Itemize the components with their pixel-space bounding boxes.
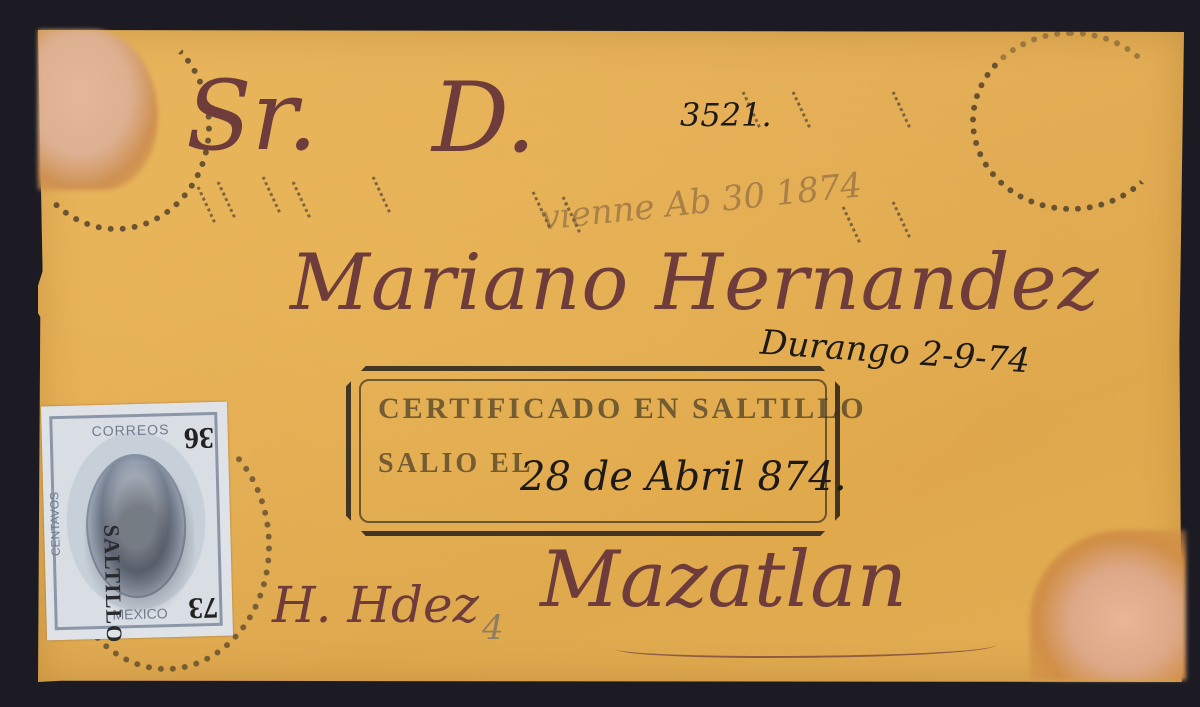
handstamp-date: 28 de Abril 874. (520, 454, 847, 500)
salutation-don: D. (432, 62, 536, 174)
addressee-name: Mariano Hernandez (290, 238, 1100, 328)
registration-number: 3521. (680, 96, 772, 134)
destination-city: Mazatlan (540, 535, 907, 625)
postmark-oval-top-right (970, 30, 1172, 212)
postage-stamp: CORREOS CENTAVOS MEXICO SALTILLO 36 73 (41, 402, 233, 641)
stamp-label-centavos: CENTAVOS (47, 492, 63, 557)
sender-initials: H. Hdez (272, 576, 479, 634)
postmark-arc-top-left (20, 20, 212, 232)
pencil-mark: 4 (482, 608, 504, 648)
handstamp-line1: CERTIFICADO EN SALTILLO (378, 392, 867, 426)
stamp-overprint-number-bottom: 73 (188, 590, 219, 625)
salutation-senor: Sr. (186, 60, 318, 172)
stamp-overprint-town: SALTILLO (98, 524, 127, 643)
handstamp-line2: SALIO EL (378, 448, 534, 480)
stamp-label-correos: CORREOS (91, 421, 169, 439)
stamp-overprint-number-top: 36 (183, 420, 214, 455)
